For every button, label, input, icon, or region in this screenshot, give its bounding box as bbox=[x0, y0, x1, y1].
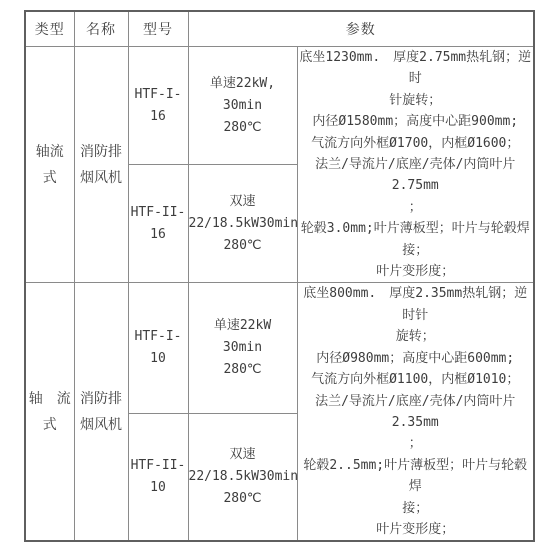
spec-cell-htf-ii-10: 双速 22/18.5kW30min 280℃ bbox=[188, 414, 297, 542]
spec-cell-htf-i-10: 单速22kW 30min 280℃ bbox=[188, 283, 297, 414]
col-header-params: 参数 bbox=[188, 11, 534, 47]
model-cell-htf-ii-16: HTF-II- 16 bbox=[128, 165, 188, 283]
type-cell-section2: 轴 流 式 bbox=[25, 283, 74, 541]
fan-spec-table: 类型 名称 型号 参数 轴流 式 消防排 烟风机 HTF-I- 16 单速22k… bbox=[24, 10, 535, 542]
spec-cell-htf-i-16: 单速22kW, 30min 280℃ bbox=[188, 47, 297, 165]
document-page: 类型 名称 型号 参数 轴流 式 消防排 烟风机 HTF-I- 16 单速22k… bbox=[0, 0, 554, 457]
model-cell-htf-i-16: HTF-I- 16 bbox=[128, 47, 188, 165]
spec-cell-htf-ii-16: 双速 22/18.5kW30min 280℃ bbox=[188, 165, 297, 283]
col-header-name: 名称 bbox=[74, 11, 128, 47]
col-header-type: 类型 bbox=[25, 11, 74, 47]
table-row: 轴 流 式 消防排 烟风机 HTF-I- 10 单速22kW 30min 280… bbox=[25, 283, 534, 414]
name-cell-section1: 消防排 烟风机 bbox=[74, 47, 128, 283]
model-cell-htf-ii-10: HTF-II- 10 bbox=[128, 414, 188, 542]
header-row: 类型 名称 型号 参数 bbox=[25, 11, 534, 47]
model-cell-htf-i-10: HTF-I- 10 bbox=[128, 283, 188, 414]
name-cell-section2: 消防排 烟风机 bbox=[74, 283, 128, 541]
params-cell-section2: 底坐800mm. 厚度2.35mm热轧钢；逆时针 旋转； 内径Ø980mm；高度… bbox=[297, 283, 534, 541]
params-cell-section1: 底坐1230mm. 厚度2.75mm热轧钢；逆时 针旋转； 内径Ø1580mm；… bbox=[297, 47, 534, 283]
col-header-model: 型号 bbox=[128, 11, 188, 47]
type-cell-section1: 轴流 式 bbox=[25, 47, 74, 283]
table-row: 轴流 式 消防排 烟风机 HTF-I- 16 单速22kW, 30min 280… bbox=[25, 47, 534, 165]
